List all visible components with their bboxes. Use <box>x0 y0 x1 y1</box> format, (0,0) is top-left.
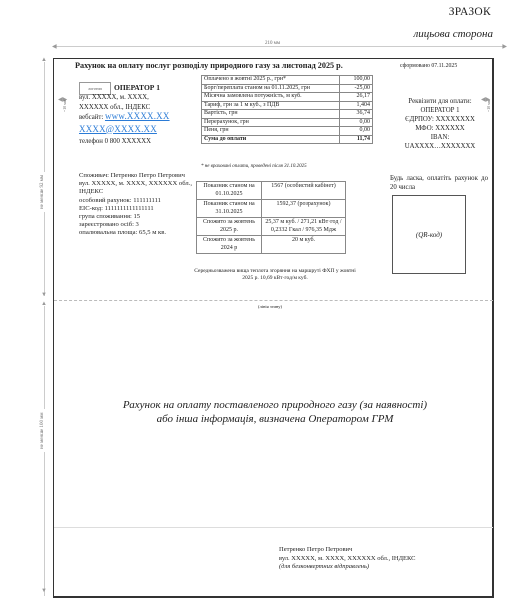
meter-label: Спожито за жовтень 2024 р <box>197 236 262 254</box>
recipient-address: Петренко Петро Петрович вул. XXXXX, м. X… <box>279 546 416 572</box>
bottom-height-dimension-label: не менше 100 мм <box>40 409 45 452</box>
meter-value: 20 м куб. <box>262 236 346 254</box>
formed-date: сформовано 07.11.2025 <box>400 63 457 69</box>
invoice-title: Рахунок на оплату послуг розподілу приро… <box>75 61 343 70</box>
requisites-title: Реквізити для оплати: <box>395 97 485 106</box>
arrow-up-icon: ▲ <box>41 57 47 63</box>
meter-row: Показник станом на 01.10.20251567 (особи… <box>197 182 346 200</box>
payment-table: Оплачено в жовтні 2025 р., грн*100,00Бор… <box>201 75 373 144</box>
payment-row: Тариф, грн за 1 м куб., з ПДВ1,404 <box>202 101 373 110</box>
payment-value: 100,00 <box>340 76 373 85</box>
website-link[interactable]: www.XXXX.XX <box>105 111 170 121</box>
consumer-account: особовий рахунок: 111111111 <box>79 197 192 205</box>
payment-label: Місячна замовлена потужність, м куб. <box>202 93 340 102</box>
meter-row: Спожито за жовтень 2024 р20 м куб. <box>197 236 346 254</box>
payment-label: Перерахунок, грн <box>202 118 340 127</box>
bottom-info-text: Рахунок на оплату поставленого природног… <box>60 398 490 426</box>
payment-label: Оплачено в жовтні 2025 р., грн* <box>202 76 340 85</box>
meter-label: Спожито за жовтень 2025 р. <box>197 218 262 236</box>
operator-name: ОПЕРАТОР 1 <box>114 83 160 92</box>
margin-label-right: ~10 мм <box>486 100 491 112</box>
payment-label: Сума до оплати <box>202 135 340 144</box>
margin-label-left: ~10 мм <box>62 100 67 112</box>
operator-website-row: вебсайт: www.XXXX.XX <box>79 112 197 123</box>
consumer-address: вул. XXXXX, м. XXXX, XXXXXX обл., ІНДЕКС <box>79 180 192 196</box>
fold-line <box>54 300 493 301</box>
arrow-right-icon: ▶ <box>502 43 507 50</box>
sample-label: ЗРАЗОК <box>449 6 491 18</box>
payment-row: Перерахунок, грн0,00 <box>202 118 373 127</box>
payment-value: 1,404 <box>340 101 373 110</box>
meter-table: Показник станом на 01.10.20251567 (особи… <box>196 181 346 254</box>
arrow-down-icon: ▼ <box>41 292 47 298</box>
arrow-down-icon: ▼ <box>41 588 47 594</box>
meter-label: Показник станом на 01.10.2025 <box>197 182 262 200</box>
payment-value: 26,17 <box>340 93 373 102</box>
payment-footnote: * не враховані оплати, проведені після 3… <box>201 164 307 169</box>
pay-deadline-note: Будь ласка, оплатіть рахунок до 20 числа <box>390 175 488 192</box>
operator-phone: телефон 0 800 XXXXXX <box>79 137 197 147</box>
meter-row: Показник станом на 31.10.20251592,37 (ро… <box>197 200 346 218</box>
payment-row: Місячна замовлена потужність, м куб.26,1… <box>202 93 373 102</box>
operator-address-line1: вул. XXXXX, м. XXXX, <box>79 93 197 103</box>
payment-row: Борг/переплата станом на 01.11.2025, грн… <box>202 84 373 93</box>
payment-row: Оплачено в жовтні 2025 р., грн*100,00 <box>202 76 373 85</box>
payment-label: Вартість, грн <box>202 110 340 119</box>
consumer-registered: зареєстровано осіб: 3 <box>79 221 192 229</box>
top-height-dimension-label: не менше 92 мм <box>40 172 45 212</box>
requisites-iban-label: IBAN: <box>395 133 485 142</box>
recipient-address-line: вул. XXXXX, м. XXXX, XXXXXX обл., ІНДЕКС <box>279 555 416 564</box>
qr-code-label: (QR-код) <box>416 231 442 239</box>
width-dimension-line <box>56 46 505 47</box>
payment-row: Вартість, грн36,74 <box>202 110 373 119</box>
payment-value: 11,74 <box>340 135 373 144</box>
bottom-info-line2: або інша інформація, визначена Операторо… <box>60 412 490 426</box>
consumer-group: група споживання: 15 <box>79 213 192 221</box>
consumer-area: опалювальна площа: 65,5 м кв. <box>79 229 192 237</box>
payment-value: -25,00 <box>340 84 373 93</box>
meter-label: Показник станом на 31.10.2025 <box>197 200 262 218</box>
consumer-name: Споживач: Петренко Петро Петрович <box>79 172 192 180</box>
fold-line-label: (лінія згину) <box>258 304 282 309</box>
arrow-left-icon: ◀ <box>52 43 57 50</box>
meter-value: 1567 (особистий кабінет) <box>262 182 346 200</box>
payment-row: Сума до оплати11,74 <box>202 135 373 144</box>
payment-label: Тариф, грн за 1 м куб., з ПДВ <box>202 101 340 110</box>
payment-value: 0,00 <box>340 127 373 136</box>
meter-row: Спожито за жовтень 2025 р.25,37 м куб. /… <box>197 218 346 236</box>
heat-value-note: Середньозважена вища теплота згоряння на… <box>190 268 360 282</box>
requisites-edrpou: ЄДРПОУ: XXXXXXXX <box>395 115 485 124</box>
width-dimension-label: 210 мм <box>262 41 283 46</box>
payment-label: Борг/переплата станом на 01.11.2025, грн <box>202 84 340 93</box>
requisites-iban: UAXXXX…XXXXXXX <box>395 142 485 151</box>
qr-code[interactable]: (QR-код) <box>392 195 466 274</box>
meter-value: 25,37 м куб. / 271,21 кВт·год / 0,2332 Г… <box>262 218 346 236</box>
website-label: вебсайт: <box>79 114 105 121</box>
requisites-mfo: МФО: XXXXXX <box>395 124 485 133</box>
payment-label: Пеня, грн <box>202 127 340 136</box>
payment-value: 0,00 <box>340 118 373 127</box>
arrow-up-icon: ▲ <box>41 301 47 307</box>
operator-info: вул. XXXXX, м. XXXX, XXXXXX обл., ІНДЕКС… <box>79 93 197 146</box>
address-divider <box>54 527 493 528</box>
payment-requisites: Реквізити для оплати: ОПЕРАТОР 1 ЄДРПОУ:… <box>395 97 485 151</box>
email-link[interactable]: XXXX@XXXX.XX <box>79 124 157 134</box>
consumer-info: Споживач: Петренко Петро Петрович вул. X… <box>79 172 192 238</box>
recipient-note: (для безконвертних відправлень) <box>279 563 416 572</box>
bottom-info-line1: Рахунок на оплату поставленого природног… <box>60 398 490 412</box>
recipient-name: Петренко Петро Петрович <box>279 546 416 555</box>
payment-row: Пеня, грн0,00 <box>202 127 373 136</box>
payment-value: 36,74 <box>340 110 373 119</box>
side-label: лицьова сторона <box>413 28 493 40</box>
consumer-eic: ЕІС-код: 1111111111111111 <box>79 205 192 213</box>
meter-value: 1592,37 (розрахунок) <box>262 200 346 218</box>
requisites-operator: ОПЕРАТОР 1 <box>395 106 485 115</box>
